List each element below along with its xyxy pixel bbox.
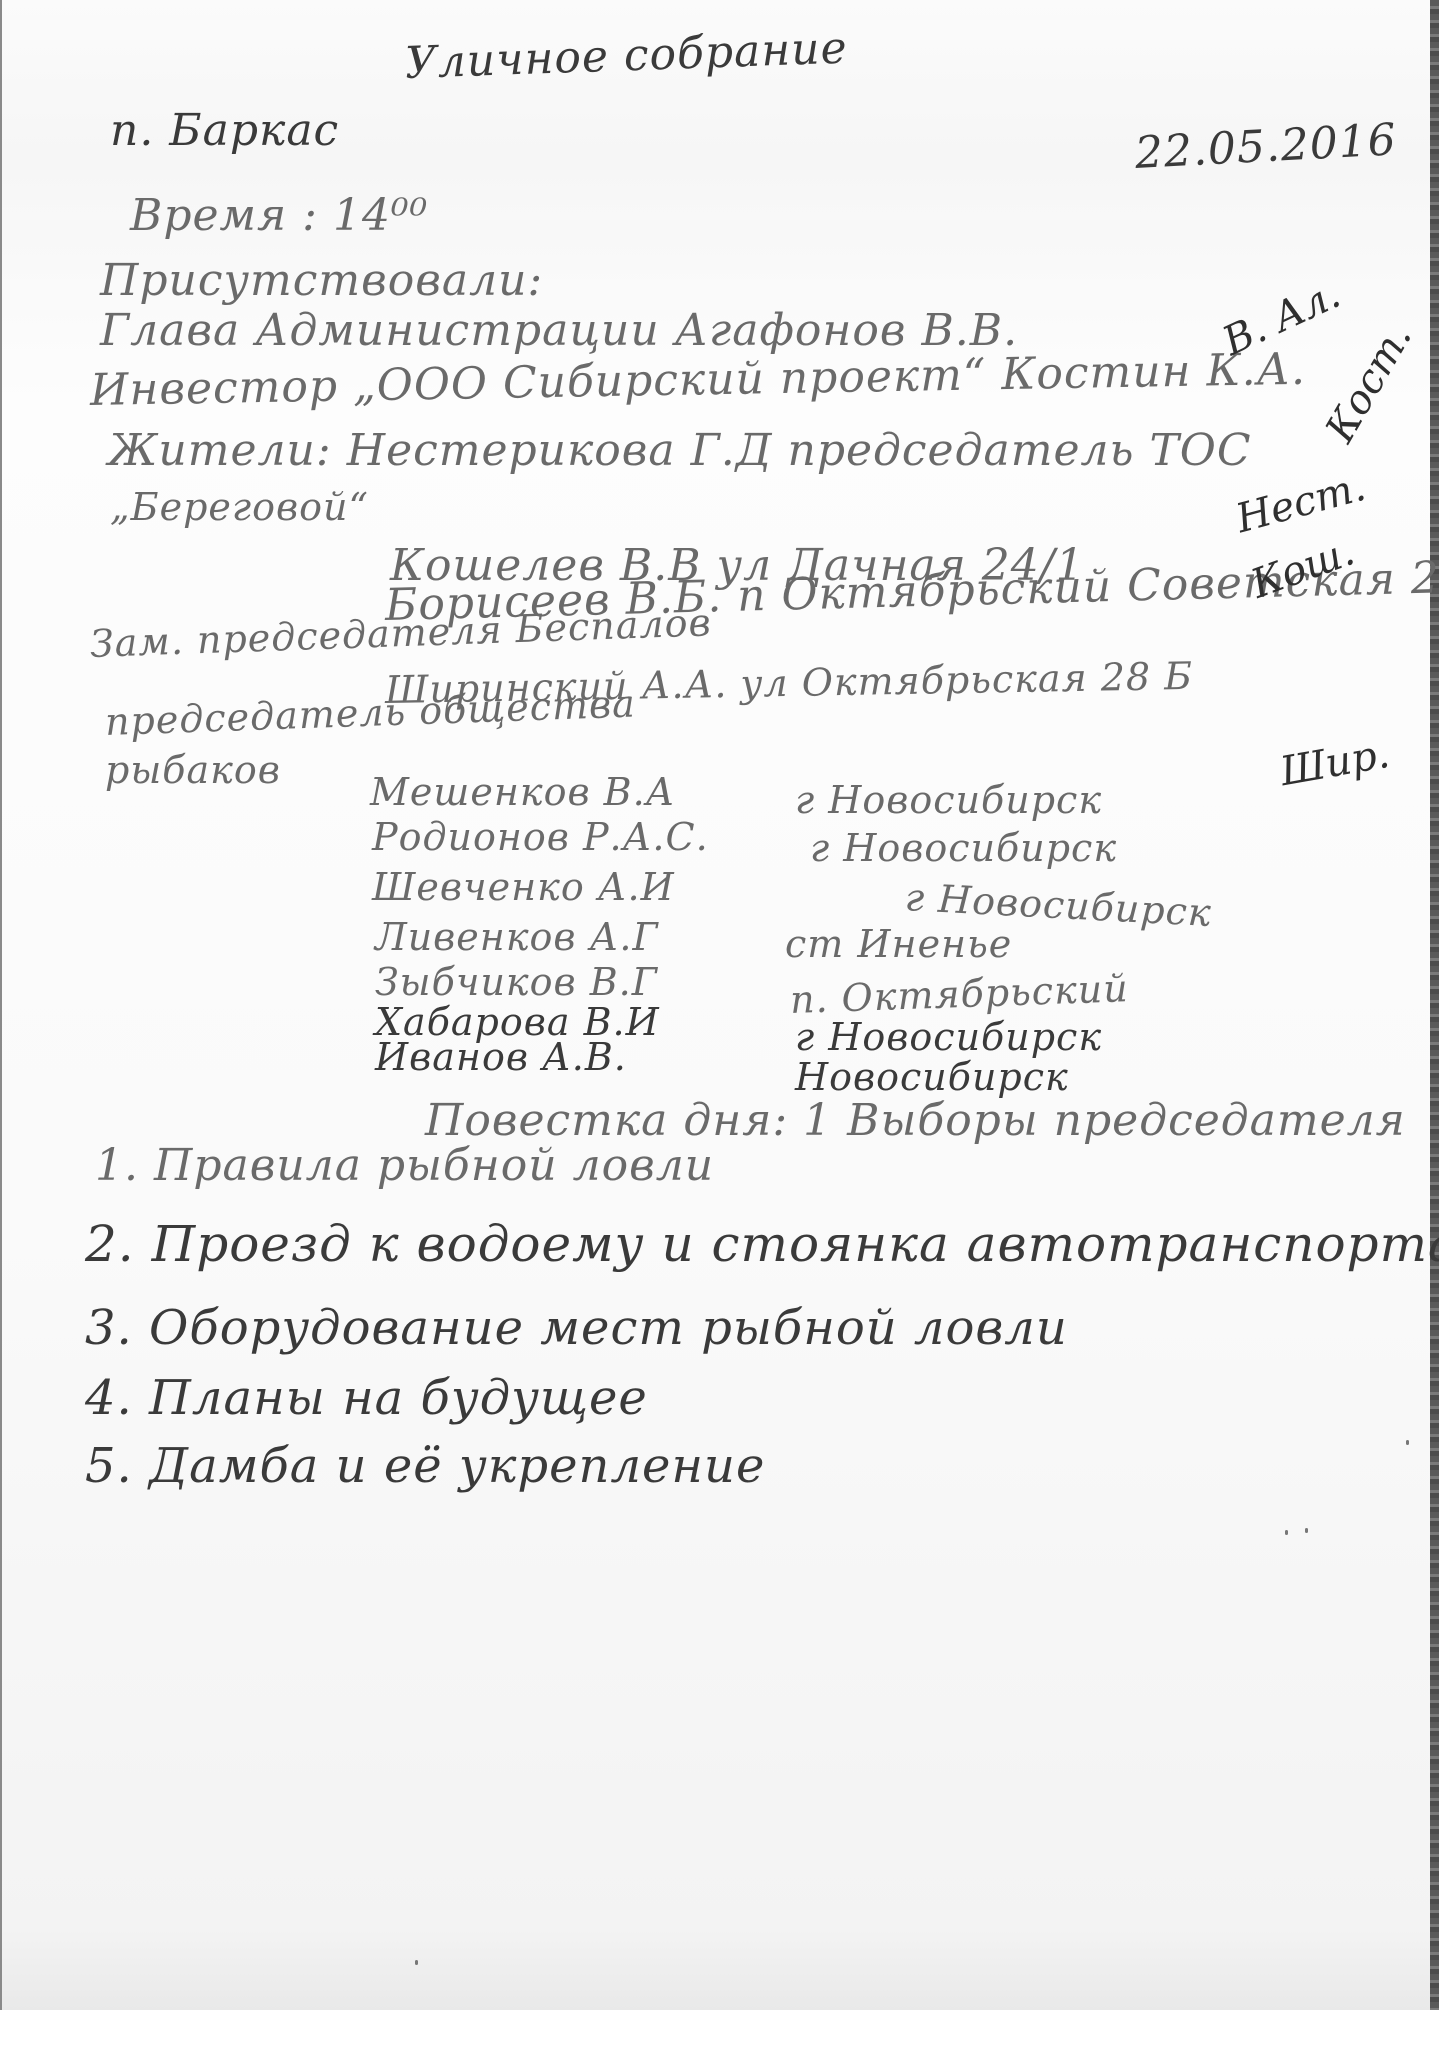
guest-city: Новосибирск: [795, 1055, 1069, 1099]
official-line: Жители: Нестерикова Г.Д председатель ТОС: [108, 425, 1252, 476]
guest-city: г Новосибирск: [795, 1015, 1102, 1059]
guest-name: Ливенков А.Г: [375, 915, 659, 959]
guest-name: Иванов А.В.: [375, 1035, 627, 1079]
guest-name: Мешенков В.А: [370, 770, 675, 814]
scan-speck: [1285, 1530, 1288, 1535]
meeting-time: Время : 14⁰⁰: [130, 190, 428, 241]
scan-speck: [1406, 1440, 1409, 1445]
role-line: рыбаков: [105, 748, 281, 792]
agenda-item: 3. Оборудование мест рыбной ловли: [85, 1300, 1068, 1356]
scan-border: [1430, 0, 1439, 2010]
guest-name: Родионов Р.А.С.: [372, 815, 709, 859]
agenda-item: 1. Правила рыбной ловли: [95, 1140, 714, 1191]
agenda-label: Повестка дня: 1 Выборы председателя: [425, 1095, 1406, 1146]
official-line: „Береговой“: [110, 485, 369, 529]
agenda-item: 5. Дамба и её укрепление: [85, 1438, 765, 1494]
agenda-item: 4. Планы на будущее: [85, 1370, 648, 1426]
guest-city: г Новосибирск: [810, 826, 1117, 870]
scan-speck: [1305, 1528, 1308, 1533]
guest-name: Зыбчиков В.Г: [375, 960, 658, 1004]
guest-name: Шевченко А.И: [372, 865, 675, 909]
place: п. Баркас: [110, 105, 339, 156]
guest-city: ст Иненье: [785, 922, 1012, 966]
scan-speck: [415, 1960, 418, 1965]
agenda-item: 2. Проезд к водоему и стоянка автотрансп…: [85, 1215, 1439, 1273]
guest-city: г Новосибирск: [795, 778, 1102, 822]
official-line: Глава Администрации Агафонов В.В.: [100, 305, 1018, 356]
present-label: Присутствовали:: [100, 255, 543, 306]
